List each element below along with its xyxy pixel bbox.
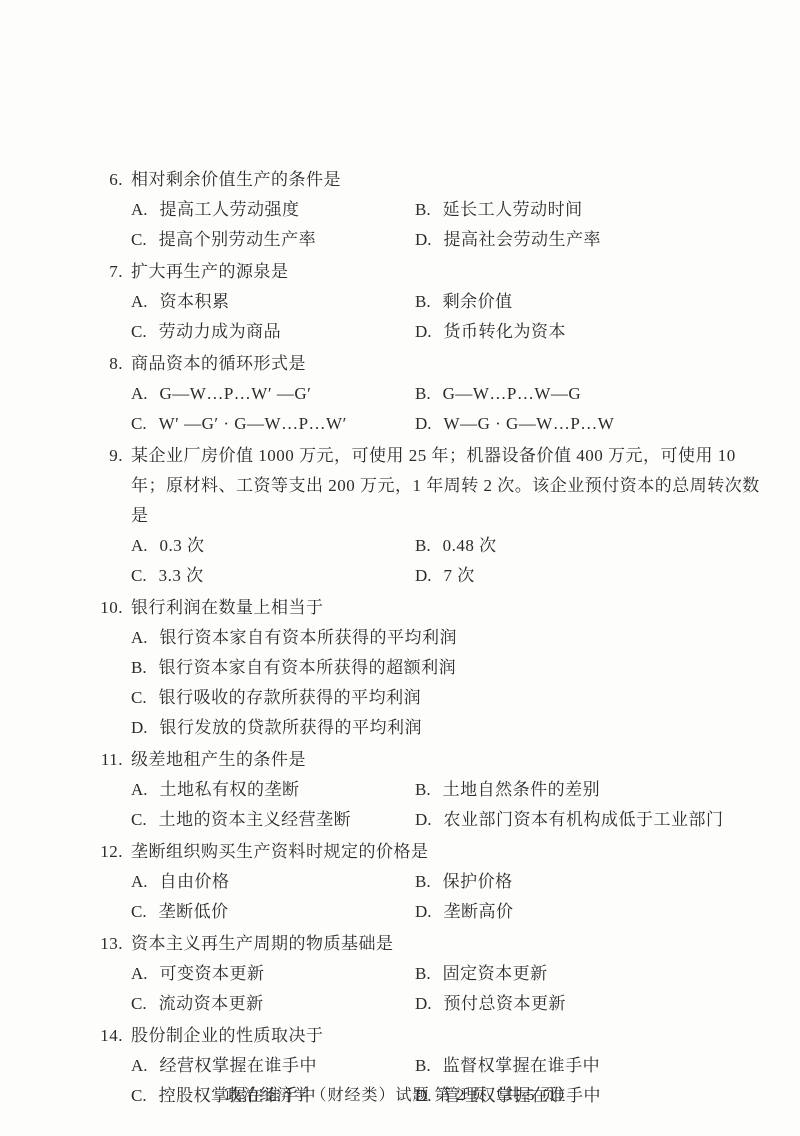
option-c: C. W′ —G′ · G—W…P…W′ bbox=[131, 409, 415, 439]
option-label: C. bbox=[131, 561, 147, 591]
question-stem: 11. 级差地租产生的条件是 bbox=[0, 745, 800, 775]
question-stem: 13. 资本主义再生产周期的物质基础是 bbox=[0, 929, 800, 959]
page-footer: 政治经济学（财经类）试题 第 2 页（共 5 页） bbox=[0, 1084, 800, 1108]
option-text: 资本积累 bbox=[160, 287, 230, 317]
option-c: C. 垄断低价 bbox=[131, 897, 415, 927]
option-text: G—W…P…W′ —G′ bbox=[160, 379, 312, 409]
option-d: D. 银行发放的贷款所获得的平均利润 bbox=[131, 713, 800, 743]
question-8: 8. 商品资本的循环形式是 A. G—W…P…W′ —G′ B. G—W…P…W… bbox=[0, 349, 800, 439]
option-d: D. 提高社会劳动生产率 bbox=[415, 225, 800, 255]
option-label: A. bbox=[131, 379, 148, 409]
option-a: A. 自由价格 bbox=[131, 867, 415, 897]
option-b: B. 保护价格 bbox=[415, 867, 800, 897]
option-label: D. bbox=[415, 409, 432, 439]
question-number: 10. bbox=[85, 593, 123, 623]
options: A. 提高工人劳动强度 B. 延长工人劳动时间 C. 提高个别劳动生产率 D. … bbox=[0, 195, 800, 255]
options: A. G—W…P…W′ —G′ B. G—W…P…W—G C. W′ —G′ ·… bbox=[0, 379, 800, 439]
question-stem: 9. 某企业厂房价值 1000 万元，可使用 25 年；机器设备价值 400 万… bbox=[0, 441, 800, 531]
option-label: B. bbox=[415, 867, 431, 897]
option-text: 7 次 bbox=[444, 561, 475, 591]
option-label: B. bbox=[415, 195, 431, 225]
option-text: 流动资本更新 bbox=[159, 989, 264, 1019]
option-label: C. bbox=[131, 409, 147, 439]
option-label: C. bbox=[131, 317, 147, 347]
question-12: 12. 垄断组织购买生产资料时规定的价格是 A. 自由价格 B. 保护价格 C.… bbox=[0, 837, 800, 927]
option-a: A. 0.3 次 bbox=[131, 531, 415, 561]
question-text: 银行利润在数量上相当于 bbox=[131, 593, 763, 623]
option-text: 监督权掌握在谁手中 bbox=[443, 1051, 601, 1081]
option-text: W′ —G′ · G—W…P…W′ bbox=[159, 409, 347, 439]
option-c: C. 土地的资本主义经营垄断 bbox=[131, 805, 415, 835]
option-text: 0.48 次 bbox=[443, 531, 497, 561]
option-text: G—W…P…W—G bbox=[443, 379, 582, 409]
option-b: B. 延长工人劳动时间 bbox=[415, 195, 800, 225]
options: A. 土地私有权的垄断 B. 土地自然条件的差别 C. 土地的资本主义经营垄断 … bbox=[0, 775, 800, 835]
question-13: 13. 资本主义再生产周期的物质基础是 A. 可变资本更新 B. 固定资本更新 … bbox=[0, 929, 800, 1019]
option-label: C. bbox=[131, 683, 147, 713]
question-text: 扩大再生产的源泉是 bbox=[131, 257, 763, 287]
question-number: 14. bbox=[85, 1021, 123, 1051]
question-text: 资本主义再生产周期的物质基础是 bbox=[131, 929, 763, 959]
option-a: A. 资本积累 bbox=[131, 287, 415, 317]
option-d: D. 7 次 bbox=[415, 561, 800, 591]
question-text: 某企业厂房价值 1000 万元，可使用 25 年；机器设备价值 400 万元，可… bbox=[131, 441, 763, 531]
question-stem: 6. 相对剩余价值生产的条件是 bbox=[0, 165, 800, 195]
question-11: 11. 级差地租产生的条件是 A. 土地私有权的垄断 B. 土地自然条件的差别 … bbox=[0, 745, 800, 835]
option-label: C. bbox=[131, 225, 147, 255]
option-label: D. bbox=[415, 317, 432, 347]
option-c: C. 劳动力成为商品 bbox=[131, 317, 415, 347]
option-label: A. bbox=[131, 959, 148, 989]
option-label: B. bbox=[131, 653, 147, 683]
option-label: A. bbox=[131, 867, 148, 897]
option-text: 农业部门资本有机构成低于工业部门 bbox=[444, 805, 724, 835]
question-number: 6. bbox=[85, 165, 123, 195]
option-label: A. bbox=[131, 775, 148, 805]
option-label: A. bbox=[131, 195, 148, 225]
question-number: 8. bbox=[85, 349, 123, 379]
option-label: D. bbox=[415, 561, 432, 591]
option-b: B. 0.48 次 bbox=[415, 531, 800, 561]
option-a: A. 提高工人劳动强度 bbox=[131, 195, 415, 225]
option-b: B. 土地自然条件的差别 bbox=[415, 775, 800, 805]
option-text: 银行资本家自有资本所获得的超额利润 bbox=[159, 653, 457, 683]
option-c: C. 银行吸收的存款所获得的平均利润 bbox=[131, 683, 800, 713]
option-d: D. 垄断高价 bbox=[415, 897, 800, 927]
option-label: C. bbox=[131, 989, 147, 1019]
question-number: 11. bbox=[85, 745, 123, 775]
option-text: 延长工人劳动时间 bbox=[443, 195, 583, 225]
question-text: 股份制企业的性质取决于 bbox=[131, 1021, 763, 1051]
option-text: W—G · G—W…P…W bbox=[444, 409, 615, 439]
option-label: C. bbox=[131, 805, 147, 835]
question-6: 6. 相对剩余价值生产的条件是 A. 提高工人劳动强度 B. 延长工人劳动时间 … bbox=[0, 165, 800, 255]
question-stem: 8. 商品资本的循环形式是 bbox=[0, 349, 800, 379]
option-text: 土地的资本主义经营垄断 bbox=[159, 805, 352, 835]
option-c: C. 3.3 次 bbox=[131, 561, 415, 591]
option-b: B. 银行资本家自有资本所获得的超额利润 bbox=[131, 653, 800, 683]
option-text: 经营权掌握在谁手中 bbox=[160, 1051, 318, 1081]
option-text: 劳动力成为商品 bbox=[159, 317, 282, 347]
option-a: A. 可变资本更新 bbox=[131, 959, 415, 989]
option-text: 0.3 次 bbox=[160, 531, 205, 561]
option-text: 3.3 次 bbox=[159, 561, 204, 591]
option-text: 银行吸收的存款所获得的平均利润 bbox=[159, 683, 422, 713]
option-label: D. bbox=[415, 897, 432, 927]
options: A. 资本积累 B. 剩余价值 C. 劳动力成为商品 D. 货币转化为资本 bbox=[0, 287, 800, 347]
option-c: C. 提高个别劳动生产率 bbox=[131, 225, 415, 255]
question-text: 垄断组织购买生产资料时规定的价格是 bbox=[131, 837, 763, 867]
option-label: B. bbox=[415, 379, 431, 409]
option-d: D. W—G · G—W…P…W bbox=[415, 409, 800, 439]
option-a: A. 经营权掌握在谁手中 bbox=[131, 1051, 415, 1081]
option-text: 自由价格 bbox=[160, 867, 230, 897]
question-list: 6. 相对剩余价值生产的条件是 A. 提高工人劳动强度 B. 延长工人劳动时间 … bbox=[0, 165, 800, 1113]
option-label: A. bbox=[131, 531, 148, 561]
option-label: B. bbox=[415, 959, 431, 989]
question-stem: 14. 股份制企业的性质取决于 bbox=[0, 1021, 800, 1051]
question-stem: 12. 垄断组织购买生产资料时规定的价格是 bbox=[0, 837, 800, 867]
option-text: 货币转化为资本 bbox=[444, 317, 567, 347]
option-text: 土地私有权的垄断 bbox=[160, 775, 300, 805]
option-text: 垄断高价 bbox=[444, 897, 514, 927]
option-a: A. 土地私有权的垄断 bbox=[131, 775, 415, 805]
option-text: 提高工人劳动强度 bbox=[160, 195, 300, 225]
question-7: 7. 扩大再生产的源泉是 A. 资本积累 B. 剩余价值 C. 劳动力成为商品 … bbox=[0, 257, 800, 347]
option-text: 提高社会劳动生产率 bbox=[444, 225, 602, 255]
question-text: 相对剩余价值生产的条件是 bbox=[131, 165, 763, 195]
options: A. 可变资本更新 B. 固定资本更新 C. 流动资本更新 D. 预付总资本更新 bbox=[0, 959, 800, 1019]
option-a: A. 银行资本家自有资本所获得的平均利润 bbox=[131, 623, 800, 653]
option-text: 银行资本家自有资本所获得的平均利润 bbox=[160, 623, 458, 653]
option-a: A. G—W…P…W′ —G′ bbox=[131, 379, 415, 409]
question-stem: 10. 银行利润在数量上相当于 bbox=[0, 593, 800, 623]
options: A. 0.3 次 B. 0.48 次 C. 3.3 次 D. 7 次 bbox=[0, 531, 800, 591]
option-text: 剩余价值 bbox=[443, 287, 513, 317]
option-text: 垄断低价 bbox=[159, 897, 229, 927]
option-label: D. bbox=[415, 989, 432, 1019]
option-label: B. bbox=[415, 287, 431, 317]
question-stem: 7. 扩大再生产的源泉是 bbox=[0, 257, 800, 287]
option-label: B. bbox=[415, 775, 431, 805]
option-b: B. 固定资本更新 bbox=[415, 959, 800, 989]
option-text: 预付总资本更新 bbox=[444, 989, 567, 1019]
option-label: B. bbox=[415, 531, 431, 561]
option-b: B. G—W…P…W—G bbox=[415, 379, 800, 409]
question-text: 级差地租产生的条件是 bbox=[131, 745, 763, 775]
option-label: B. bbox=[415, 1051, 431, 1081]
question-number: 7. bbox=[85, 257, 123, 287]
option-b: B. 监督权掌握在谁手中 bbox=[415, 1051, 800, 1081]
question-9: 9. 某企业厂房价值 1000 万元，可使用 25 年；机器设备价值 400 万… bbox=[0, 441, 800, 591]
option-text: 土地自然条件的差别 bbox=[443, 775, 601, 805]
option-label: C. bbox=[131, 897, 147, 927]
option-text: 保护价格 bbox=[443, 867, 513, 897]
exam-page: 6. 相对剩余价值生产的条件是 A. 提高工人劳动强度 B. 延长工人劳动时间 … bbox=[0, 0, 800, 1136]
options: A. 银行资本家自有资本所获得的平均利润 B. 银行资本家自有资本所获得的超额利… bbox=[0, 623, 800, 743]
option-text: 银行发放的贷款所获得的平均利润 bbox=[160, 713, 423, 743]
option-c: C. 流动资本更新 bbox=[131, 989, 415, 1019]
option-d: D. 预付总资本更新 bbox=[415, 989, 800, 1019]
option-label: D. bbox=[415, 805, 432, 835]
option-d: D. 农业部门资本有机构成低于工业部门 bbox=[415, 805, 800, 835]
question-number: 12. bbox=[85, 837, 123, 867]
options: A. 自由价格 B. 保护价格 C. 垄断低价 D. 垄断高价 bbox=[0, 867, 800, 927]
option-d: D. 货币转化为资本 bbox=[415, 317, 800, 347]
option-label: A. bbox=[131, 1051, 148, 1081]
option-text: 可变资本更新 bbox=[160, 959, 265, 989]
question-number: 9. bbox=[85, 441, 123, 471]
option-label: A. bbox=[131, 623, 148, 653]
option-text: 提高个别劳动生产率 bbox=[159, 225, 317, 255]
question-number: 13. bbox=[85, 929, 123, 959]
option-label: D. bbox=[131, 713, 148, 743]
option-label: A. bbox=[131, 287, 148, 317]
question-10: 10. 银行利润在数量上相当于 A. 银行资本家自有资本所获得的平均利润 B. … bbox=[0, 593, 800, 743]
question-text: 商品资本的循环形式是 bbox=[131, 349, 763, 379]
option-text: 固定资本更新 bbox=[443, 959, 548, 989]
option-label: D. bbox=[415, 225, 432, 255]
option-b: B. 剩余价值 bbox=[415, 287, 800, 317]
